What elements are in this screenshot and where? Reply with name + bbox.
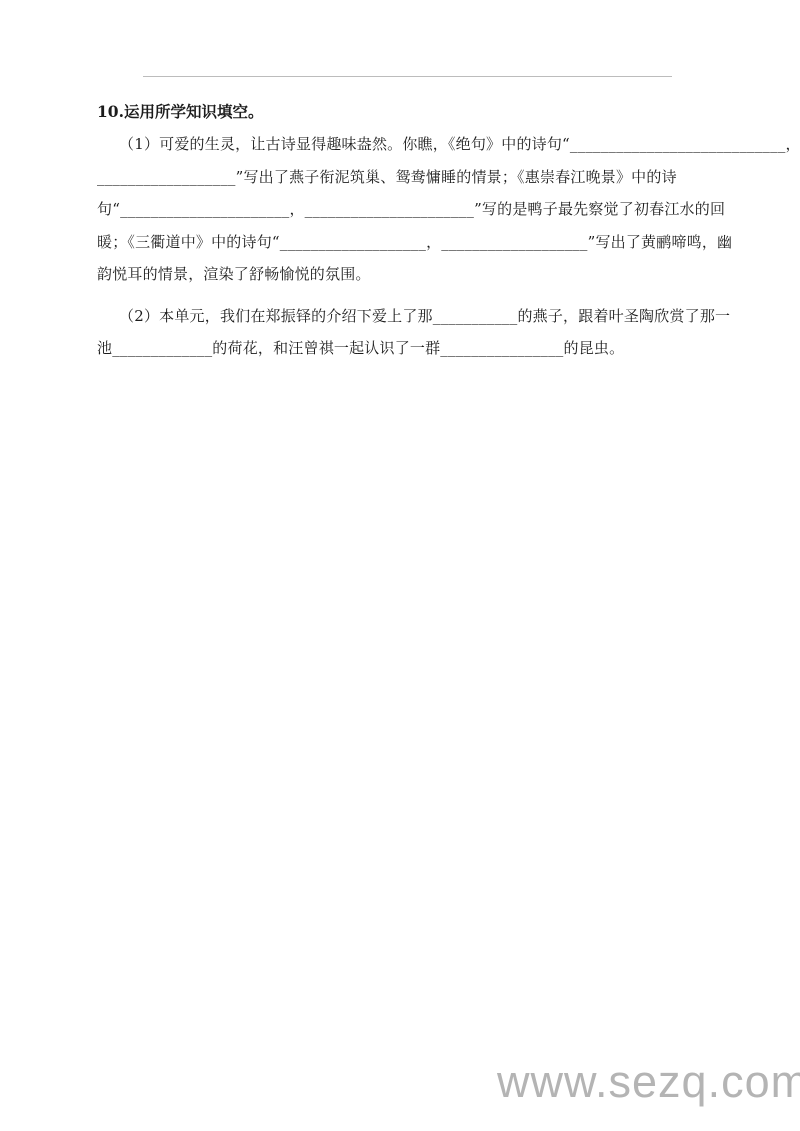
question-block: 10.运用所学知识填空。 （1）可爱的生灵，让古诗显得趣味盎然。你瞧，《绝句》中… <box>97 100 733 365</box>
question-part-2: （2）本单元，我们在郑振铎的介绍下爱上了那___________的燕子，跟着叶圣… <box>97 300 733 365</box>
text-line: __________________”写出了燕子衔泥筑巢、鸳鸯慵睡的情景；《惠崇… <box>97 161 733 194</box>
previous-answer-underline: ________________________________________… <box>143 58 672 78</box>
text-line: 韵悦耳的情景，渲染了舒畅愉悦的氛围。 <box>97 258 733 291</box>
site-watermark: www.sezq.com <box>497 1058 800 1106</box>
document-page: ________________________________________… <box>0 0 800 1131</box>
question-part-1: （1）可爱的生灵，让古诗显得趣味盎然。你瞧，《绝句》中的诗句“_________… <box>97 128 733 291</box>
text-line: （2）本单元，我们在郑振铎的介绍下爱上了那___________的燕子，跟着叶圣… <box>97 300 733 333</box>
text-line: 池_____________的荷花，和汪曾祺一起认识了一群___________… <box>97 332 733 365</box>
text-line: 暖；《三衢道中》中的诗句“___________________，_______… <box>97 226 733 259</box>
text-line: 句“______________________，_______________… <box>97 193 733 226</box>
question-number-title: 10.运用所学知识填空。 <box>97 100 733 124</box>
text-line: （1）可爱的生灵，让古诗显得趣味盎然。你瞧，《绝句》中的诗句“_________… <box>97 128 733 161</box>
